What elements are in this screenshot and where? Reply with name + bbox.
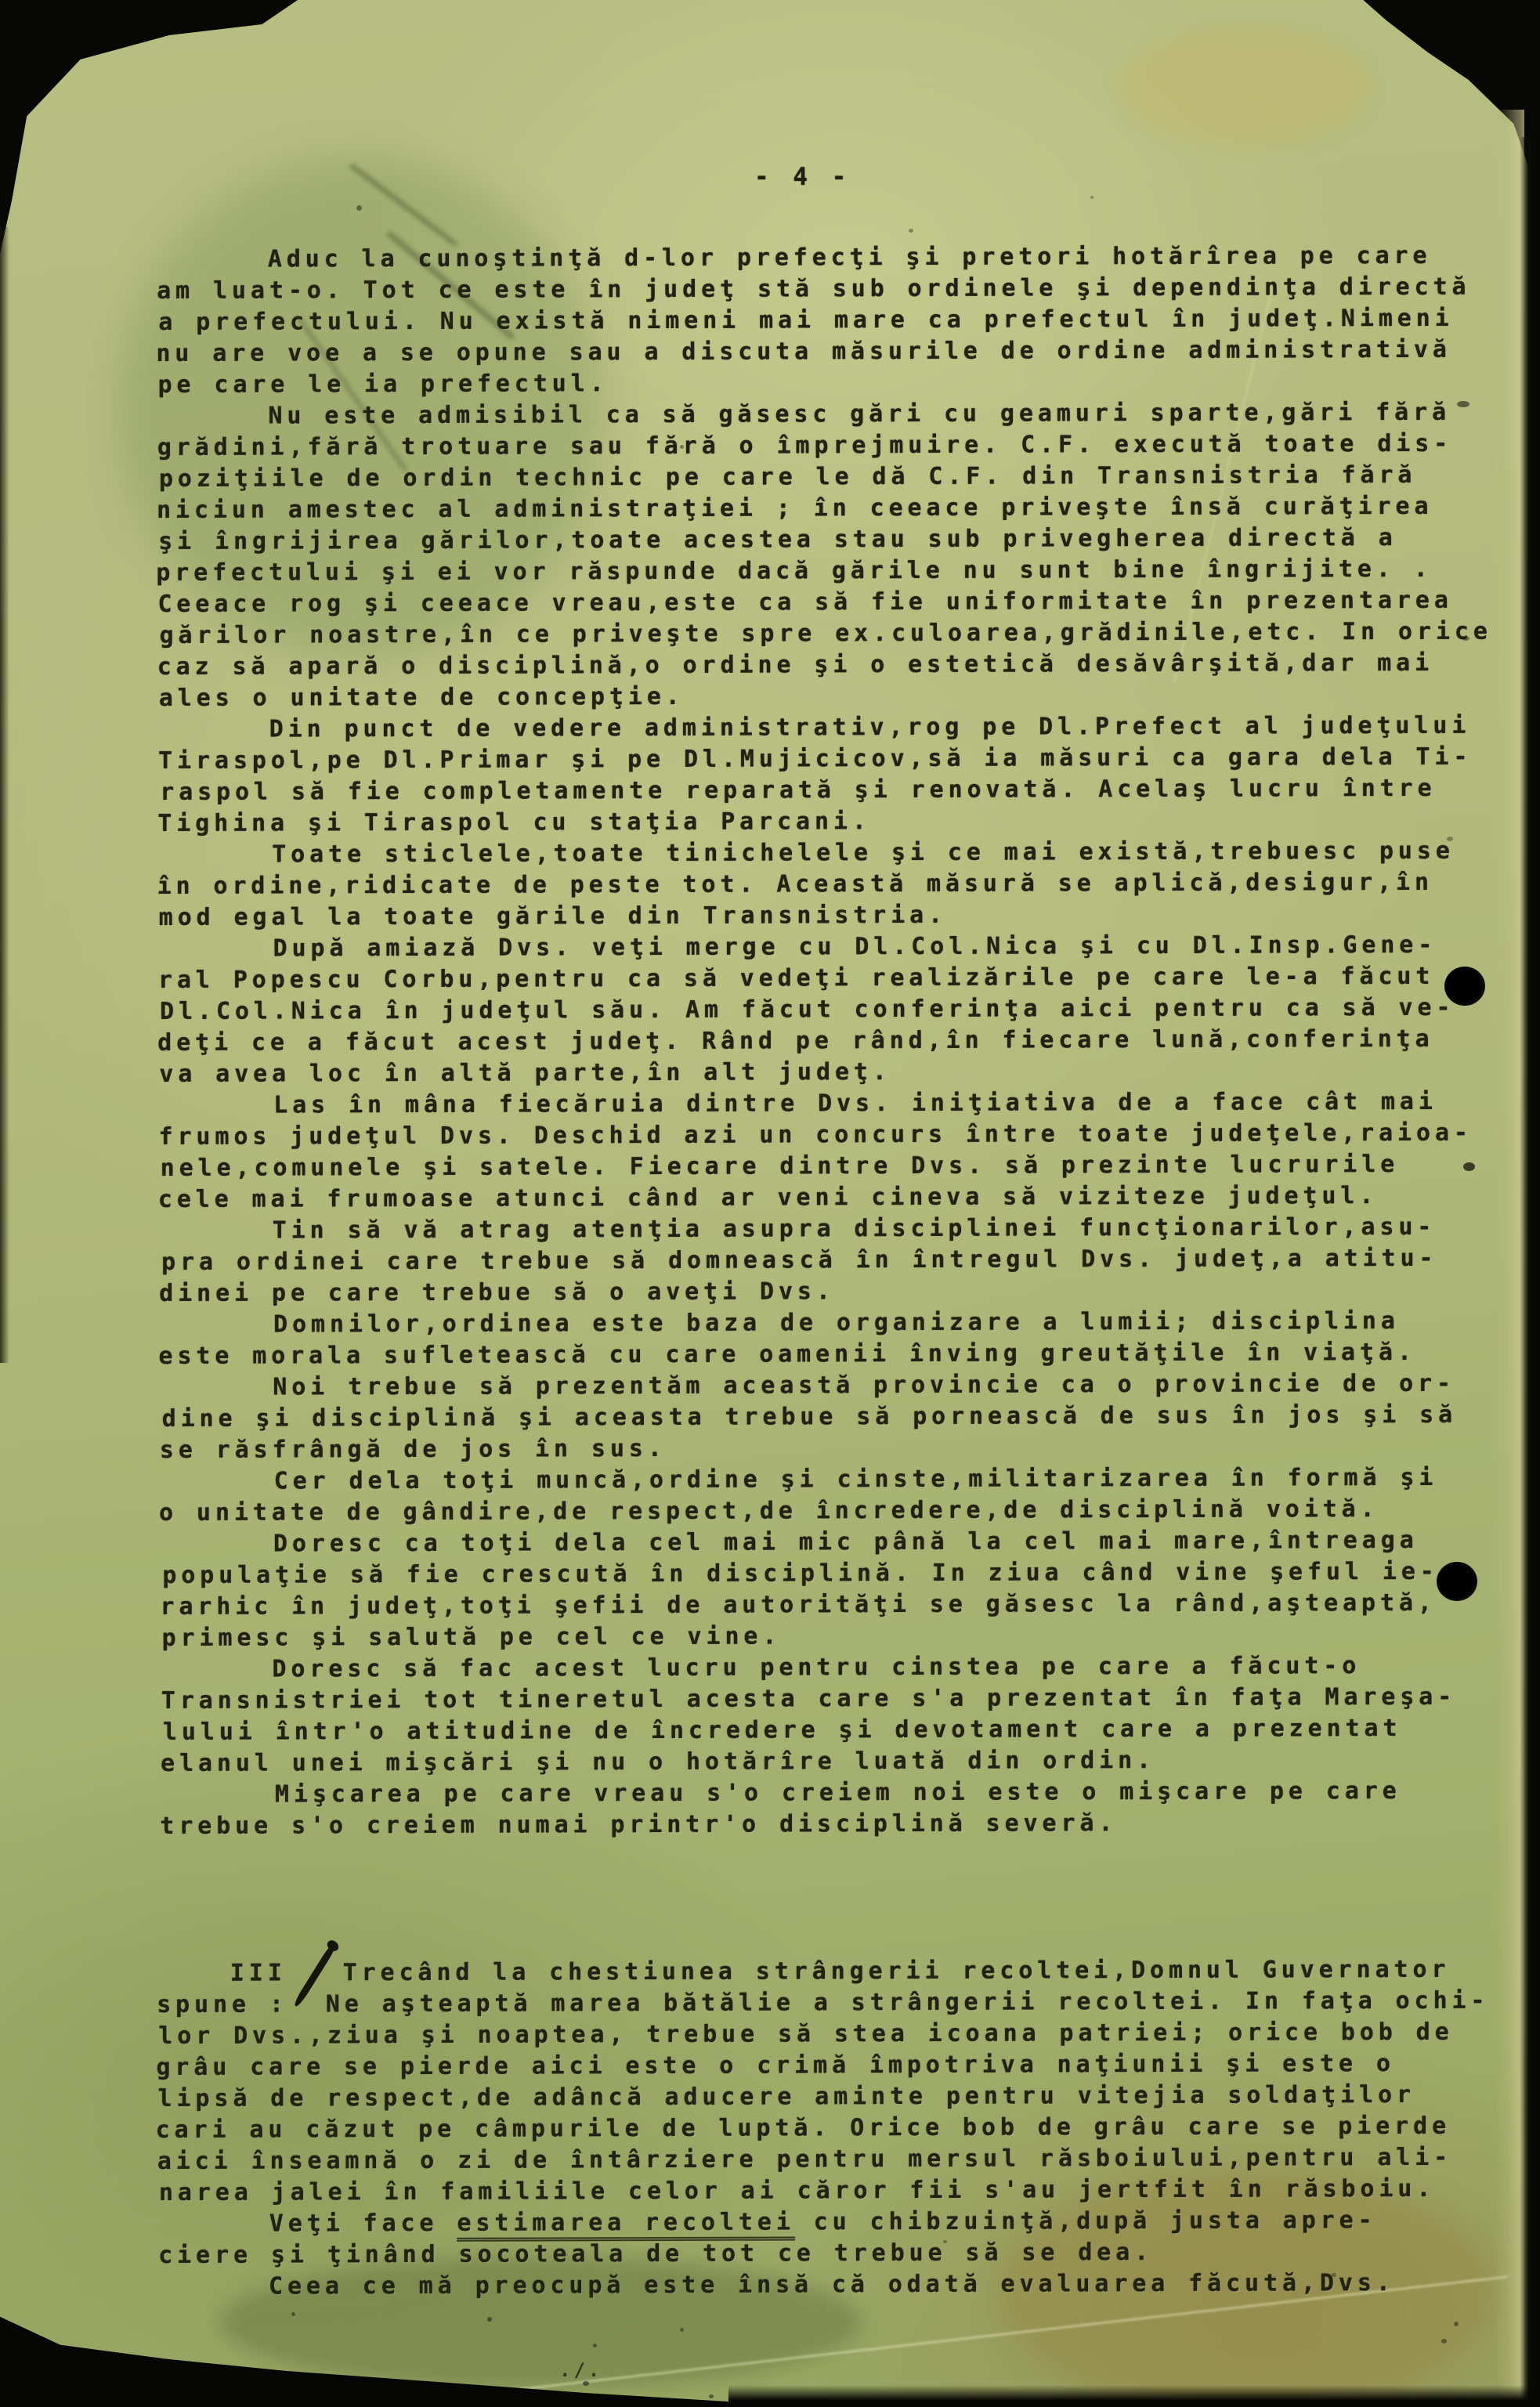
- ink-speck: [583, 2381, 589, 2386]
- typed-segment: Veţi face: [157, 2210, 457, 2238]
- ink-speck: [593, 2344, 597, 2347]
- scan-background-corner-bottom-left: [0, 2307, 752, 2407]
- ink-speck: [1462, 636, 1470, 641]
- typed-line: grădini,fără trotuare sau fără o împrejm…: [157, 428, 1491, 464]
- page-number: - 4 -: [754, 163, 851, 191]
- ink-speck: [1447, 837, 1453, 841]
- typed-line: Dl.Col.Nica în judeţul său. Am făcut con…: [160, 992, 1493, 1028]
- typed-line: Nu este admisibil ca să găsesc gări cu g…: [156, 397, 1491, 432]
- typed-line: elanul unei mişcări şi nu o hotărîre lua…: [161, 1744, 1495, 1780]
- smudge-streak: [349, 163, 458, 248]
- typed-line: se răsfrângă de jos în sus.: [160, 1431, 1495, 1466]
- typed-line: raspol să fie completamente reparată şi …: [160, 773, 1492, 808]
- typed-line: Veţi face estimarea recoltei cu chibzuin…: [157, 2205, 1490, 2240]
- paper-stain: [1120, 27, 1371, 145]
- ink-speck: [1090, 196, 1094, 199]
- typed-line: va avea loc în altă parte,în alt judeţ.: [159, 1055, 1493, 1090]
- typed-line: prefectului şi ei vor răspunde dacă gări…: [156, 554, 1491, 589]
- ink-speck: [943, 2240, 947, 2243]
- typed-line: Ceea ce mă preocupă este însă că odată e…: [156, 2268, 1490, 2303]
- typed-line: nele,comunele şi satele. Fiecare dintre …: [161, 1149, 1494, 1184]
- ink-speck: [909, 229, 913, 233]
- typed-line: caz să apară o disciplină,o ordine şi o …: [157, 648, 1492, 683]
- typed-line: pe care le ia prefectul.: [158, 366, 1491, 401]
- typed-line: Din punct de vedere administrativ,rog pe…: [157, 710, 1492, 746]
- typed-line: a prefectului. Nu există nimeni mai mare…: [158, 303, 1491, 338]
- typed-line: mod egal la toate gările din Transnistri…: [159, 898, 1493, 934]
- typed-line: gărilor noastre,în ce priveşte spre ex.c…: [160, 616, 1492, 652]
- typed-line: primesc şi salută pe cel ce vine.: [162, 1619, 1495, 1654]
- ink-speck: [1457, 401, 1470, 407]
- typed-line: Doresc să fac acest lucru pentru cinstea…: [160, 1650, 1495, 1686]
- typed-line: Toate sticlele,toate tinichelele şi ce m…: [159, 836, 1492, 871]
- typed-line: ciere şi ţinând socoteala de tot ce treb…: [158, 2236, 1490, 2271]
- typed-line: am luat-o. Tot ce este în judeţ stă sub …: [157, 272, 1491, 307]
- typed-line: Ceeace rog şi ceeace vreau,este ca să fi…: [157, 585, 1491, 620]
- typed-line: Mişcarea pe care vreau s'o creiem noi es…: [162, 1776, 1495, 1811]
- typed-line: spune : Ne aşteaptă marea bătălie a strâ…: [157, 1986, 1489, 2021]
- scan-background-edge-right: [1520, 137, 1540, 2407]
- typed-line: pra ordinei care trebue să domnească în …: [161, 1243, 1494, 1278]
- typed-line: Domnilor,ordinea este baza de organizare…: [161, 1306, 1494, 1341]
- typed-line: Aduc la cunoştinţă d-lor prefecţi şi pre…: [155, 240, 1491, 276]
- typed-line: nu are voe a se opune sau a discuta măsu…: [156, 334, 1491, 370]
- ink-speck: [1441, 2339, 1447, 2344]
- typed-line: Doresc ca toţi dela cel mai mic până la …: [161, 1525, 1495, 1560]
- ink-speck: [420, 2221, 424, 2224]
- typed-text-block-1: Aduc la cunoştinţă d-lor prefecţi şi pre…: [157, 240, 1496, 1842]
- scan-background-edge-left: [0, 227, 9, 1363]
- ink-speck: [680, 2328, 684, 2332]
- typed-line: în ordine,ridicate de peste tot. Această…: [157, 867, 1493, 902]
- typed-line: cele mai frumoase atunci când ar veni ci…: [158, 1180, 1494, 1216]
- hole-punch: [1437, 1562, 1477, 1601]
- typed-line: cari au căzut pe câmpurile de luptă. Ori…: [156, 2111, 1490, 2146]
- typed-line: Tiraspol,pe Dl.Primar şi pe Dl.Mujicicov…: [158, 742, 1492, 777]
- ink-speck: [356, 205, 362, 211]
- typed-line: Transnistriei tot tineretul acesta care …: [161, 1682, 1495, 1717]
- ink-speck: [1332, 2273, 1336, 2277]
- typed-line: După amiază Dvs. veţi merge cu Dl.Col.Ni…: [161, 930, 1493, 965]
- ink-speck: [1454, 2322, 1459, 2326]
- typed-line: trebue s'o creiem numai printr'o discipl…: [160, 1807, 1495, 1842]
- typed-line: rarhic în judeţ,toţi şefii de autorităţi…: [160, 1588, 1495, 1623]
- ink-speck: [291, 2312, 295, 2316]
- scan-background-edge-bottom: [728, 2385, 1540, 2407]
- typed-line: dinei pe care trebue să o aveţi Dvs.: [159, 1274, 1494, 1310]
- typed-line: Las în mâna fiecăruia dintre Dvs. iniţia…: [161, 1086, 1493, 1122]
- typed-line: Tighina şi Tiraspol cu staţia Parcani.: [157, 804, 1492, 840]
- typed-text-block-2: III Trecând la chestiunea strângerii rec…: [157, 1954, 1491, 2303]
- typed-line: lor Dvs.,ziua şi noaptea, trebue să stea…: [158, 2017, 1489, 2052]
- continuation-mark: ./.: [559, 2359, 602, 2381]
- typed-line: niciun amestec al administraţiei ; în ce…: [157, 491, 1491, 526]
- typed-line: este morala sufletească cu care oamenii …: [158, 1337, 1494, 1372]
- typed-line: lipsă de respect,de adâncă aducere amint…: [158, 2080, 1490, 2115]
- typed-line: ales o unitate de concepţie.: [159, 679, 1492, 714]
- typed-line: III Trecând la chestiunea strângerii rec…: [155, 1954, 1489, 1990]
- scan-background-corner-top-left: [0, 0, 298, 270]
- typed-line: frumos judeţul Dvs. Deschid azi un concu…: [159, 1118, 1494, 1153]
- ink-speck: [709, 2394, 714, 2398]
- typed-line: Tin să vă atrag atenţia asupra disciplin…: [160, 1212, 1494, 1247]
- ink-speck: [680, 445, 684, 449]
- typed-line: Cer dela toţi muncă,ordine şi cinste,mil…: [161, 1462, 1495, 1498]
- typed-line: poziţiile de ordin technic pe care le dă…: [159, 460, 1491, 495]
- typed-line: ral Popescu Corbu,pentru ca să vedeţi re…: [158, 961, 1493, 996]
- ink-speck: [1463, 1162, 1475, 1171]
- typed-line: deţi ce a făcut acest judeţ. Rând pe rân…: [157, 1024, 1493, 1059]
- typed-line: populaţie să fie crescută în disciplină.…: [162, 1556, 1495, 1592]
- typed-line: şi îngrijirea gărilor,toate acestea stau…: [158, 522, 1491, 558]
- underlined-phrase: estimarea recoltei: [457, 2208, 794, 2241]
- typed-line: aici înseamnă o zi de întârziere pentru …: [157, 2142, 1490, 2178]
- typed-line: grâu care se pierde aici este o crimă îm…: [156, 2048, 1489, 2084]
- typed-segment: cu chibzuinţă,după justa apre-: [795, 2206, 1377, 2235]
- typed-line: o unitate de gândire,de respect,de încre…: [159, 1494, 1495, 1529]
- typed-line: dine şi disciplină şi aceasta trebue să …: [162, 1400, 1495, 1435]
- typed-line: lului într'o atitudine de încredere şi d…: [163, 1713, 1495, 1748]
- ink-speck: [1155, 2185, 1159, 2188]
- scanned-document-page: - 4 - Aduc la cunoştinţă d-lor prefecţi …: [0, 0, 1540, 2407]
- typed-line: Noi trebue să prezentăm această provinci…: [161, 1368, 1495, 1404]
- ink-speck: [487, 2317, 492, 2322]
- hole-punch: [1444, 967, 1485, 1006]
- typed-line: narea jalei în familiile celor ai căror …: [159, 2174, 1490, 2209]
